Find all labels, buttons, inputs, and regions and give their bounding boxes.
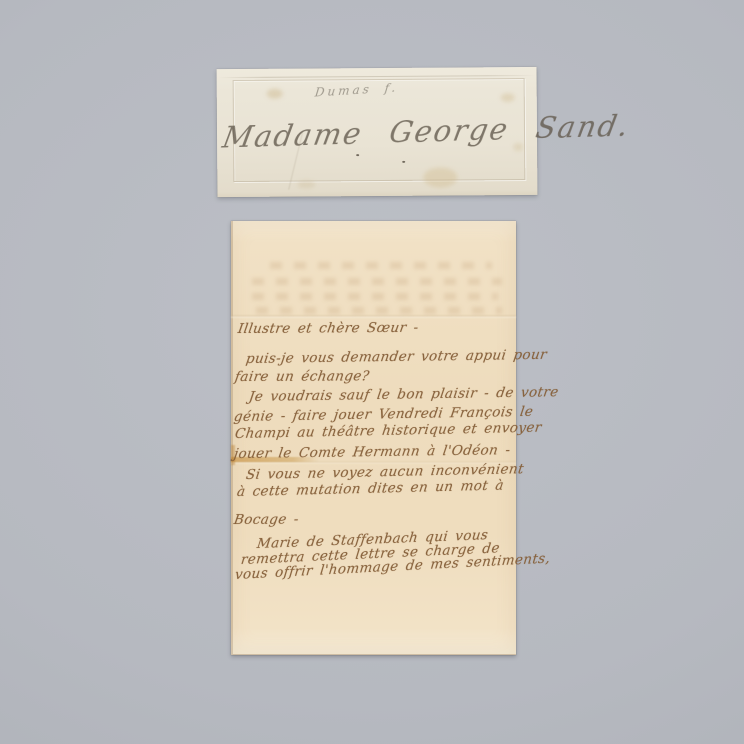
envelope: Dumas f. Madame George Sand. bbox=[217, 67, 538, 197]
fold-crease bbox=[231, 315, 516, 318]
letter-line: Illustre et chère Sœur - bbox=[237, 320, 420, 337]
foxing-spot bbox=[501, 93, 515, 102]
ink-bleedthrough bbox=[265, 262, 492, 269]
foxing-spot bbox=[423, 167, 457, 187]
ink-bleedthrough bbox=[247, 278, 502, 285]
letter-line: jouer le Comte Hermann à l'Odéon - bbox=[233, 442, 512, 462]
letter-line: puis-je vous demander votre appui pour bbox=[245, 347, 548, 367]
ink-bleedthrough bbox=[247, 293, 498, 300]
letter-line: Je voudrais sauf le bon plaisir - de vot… bbox=[248, 384, 560, 405]
letter-line: faire un échange? bbox=[234, 368, 371, 385]
ink-speck bbox=[356, 154, 359, 156]
photo-backdrop: Dumas f. Madame George Sand. Illustre et… bbox=[0, 0, 744, 744]
foxing-spot bbox=[297, 180, 315, 188]
ink-bleedthrough bbox=[251, 307, 502, 314]
letter-sheet: Illustre et chère Sœur - puis-je vous de… bbox=[231, 221, 516, 655]
letter-line: Bocage - bbox=[233, 511, 300, 528]
ink-speck bbox=[402, 161, 405, 163]
